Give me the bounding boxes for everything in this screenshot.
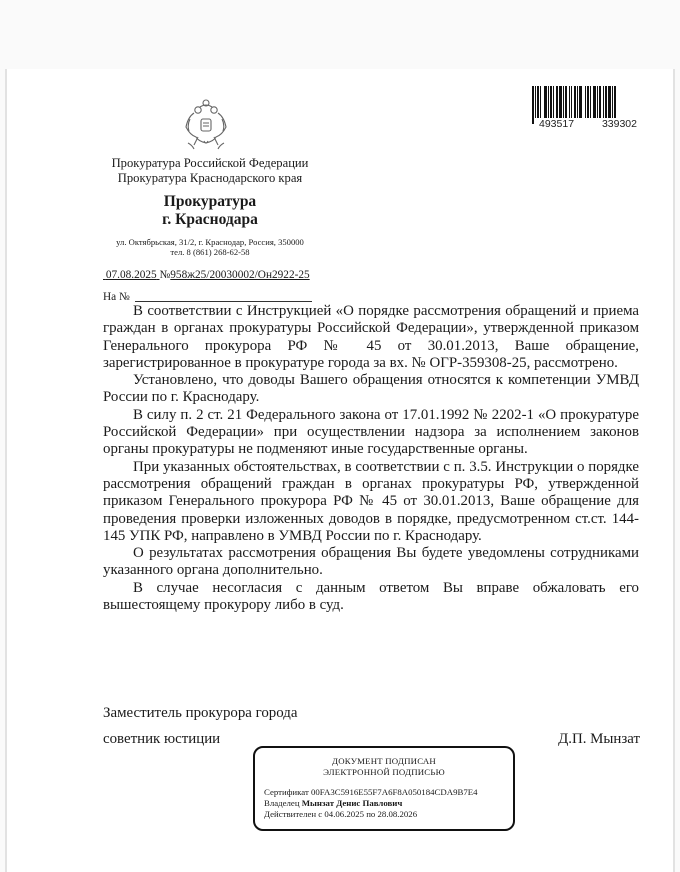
registration-line: 07.08.2025 №958ж25/20030002/Он2922-25	[103, 268, 310, 282]
office-title-line1: Прокуратура	[95, 193, 325, 211]
e-signature-stamp: ДОКУМЕНТ ПОДПИСАН ЭЛЕКТРОННОЙ ПОДПИСЬЮ С…	[253, 746, 515, 831]
signer-position: Заместитель прокурора города	[103, 705, 297, 722]
office-title-line2: г. Краснодара	[95, 211, 325, 229]
number-sign: №	[160, 269, 171, 281]
paragraph: При указанных обстоятельствах, в соответ…	[103, 459, 639, 545]
paragraph: В соответствии с Инструкцией «О порядке …	[103, 303, 639, 372]
office-phone: тел. 8 (861) 268-62-58	[95, 247, 325, 258]
stamp-certificate: Сертификат 00FA3C5916E55F7A6F8A050184CDA…	[255, 787, 513, 798]
stamp-title: ДОКУМЕНТ ПОДПИСАН ЭЛЕКТРОННОЙ ПОДПИСЬЮ	[255, 756, 513, 778]
registration-number: 958ж25/20030002/Он2922-25	[170, 269, 309, 281]
letter-body: В соответствии с Инструкцией «О порядке …	[103, 303, 639, 614]
header-regional-prosecutor: Прокуратура Краснодарского края	[95, 171, 325, 186]
paragraph: О результатах рассмотрения обращения Вы …	[103, 545, 639, 580]
paragraph: Установлено, что доводы Вашего обращения…	[103, 372, 639, 407]
paragraph: В случае несогласия с данным ответом Вы …	[103, 580, 639, 615]
stamp-validity: Действителен с 04.06.2025 по 28.08.2026	[255, 809, 513, 820]
stamp-owner: Владелец Мынзат Денис Павлович	[255, 798, 513, 809]
header-federal-prosecutor: Прокуратура Российской Федерации	[95, 156, 325, 171]
registration-date: 07.08.2025	[103, 269, 160, 281]
reply-to-blank	[135, 301, 312, 302]
coat-of-arms-icon	[178, 97, 234, 153]
paragraph: В силу п. 2 ст. 21 Федерального закона о…	[103, 407, 639, 459]
reply-to-label: На №	[103, 290, 130, 304]
barcode: 493517 339302	[532, 86, 644, 132]
barcode-icon	[532, 86, 644, 118]
signer-name: Д.П. Мынзат	[558, 731, 640, 748]
barcode-digits: 493517 339302	[532, 118, 644, 130]
signer-rank: советник юстиции	[103, 731, 220, 748]
